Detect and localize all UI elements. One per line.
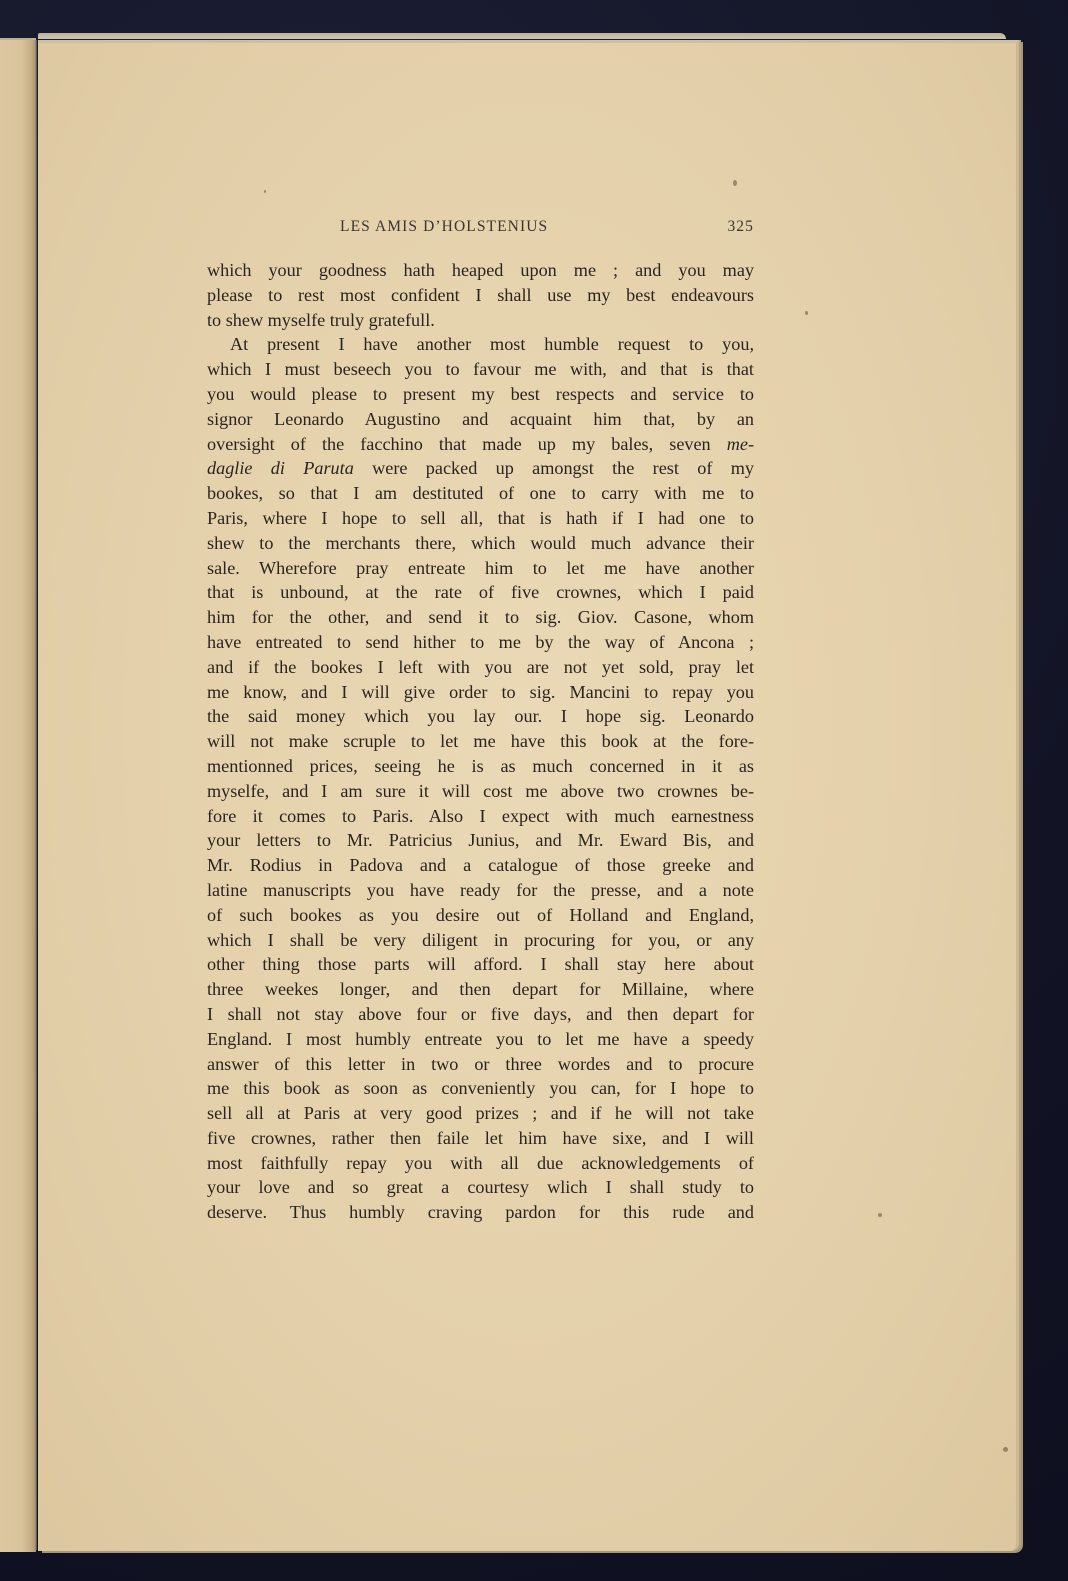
- text-line: mentionned prices, seeing he is as much …: [207, 754, 754, 779]
- text-line: fore it comes to Paris. Also I expect wi…: [207, 804, 754, 829]
- text-block: LES AMIS D’HOLSTENIUS 325 which your goo…: [207, 218, 754, 1250]
- paper-speck: [1003, 1447, 1008, 1452]
- text-line: myselfe, and I am sure it will cost me a…: [207, 779, 754, 804]
- text-line: answer of this letter in two or three wo…: [207, 1052, 754, 1077]
- text-line: your love and so great a courtesy wlich …: [207, 1175, 754, 1200]
- running-head-title: LES AMIS D’HOLSTENIUS: [340, 218, 548, 236]
- text-line: of such bookes as you desire out of Holl…: [207, 903, 754, 928]
- text-line: have entreated to send hither to me by t…: [207, 630, 754, 655]
- text-line: and if the bookes I left with you are no…: [207, 655, 754, 680]
- text-line: most faithfully repay you with all due a…: [207, 1151, 754, 1176]
- italic-phrase: daglie di Paruta: [207, 458, 354, 478]
- text-line: which your goodness hath heaped upon me …: [207, 258, 754, 283]
- text-line: [207, 1225, 754, 1250]
- text-line: shew to the merchants there, which would…: [207, 531, 754, 556]
- text-line: your letters to Mr. Patricius Junius, an…: [207, 828, 754, 853]
- text-line: At present I have another most humble re…: [207, 332, 754, 357]
- text-line: sell all at Paris at very good prizes ; …: [207, 1101, 754, 1126]
- text-line: that is unbound, at the rate of five cro…: [207, 580, 754, 605]
- text-line: deserve. Thus humbly craving pardon for …: [207, 1200, 754, 1225]
- paper-speck: [878, 1213, 882, 1217]
- text-line: him for the other, and send it to sig. G…: [207, 605, 754, 630]
- page-top-edge: [38, 33, 1006, 39]
- body-text: which your goodness hath heaped upon me …: [207, 258, 754, 1250]
- paper-speck: [805, 311, 808, 315]
- text-line: the said money which you lay our. I hope…: [207, 704, 754, 729]
- text-line: me this book as soon as conveniently you…: [207, 1076, 754, 1101]
- text-line: other thing those parts will afford. I s…: [207, 952, 754, 977]
- paper-speck: [733, 180, 737, 186]
- text-line-with-italic: daglie di Paruta were packed up amongst …: [207, 456, 754, 481]
- italic-phrase: me-: [727, 434, 754, 454]
- text-line: to shew myselfe truly gratefull.: [207, 308, 754, 333]
- text-line: which I shall be very diligent in procur…: [207, 928, 754, 953]
- text-line: bookes, so that I am destituted of one t…: [207, 481, 754, 506]
- paper-speck: [264, 190, 266, 193]
- text-line-with-italic: oversight of the facchino that made up m…: [207, 432, 754, 457]
- text-line: England. I most humbly entreate you to l…: [207, 1027, 754, 1052]
- text-line: three weekes longer, and then depart for…: [207, 977, 754, 1002]
- text-line: five crownes, rather then faile let him …: [207, 1126, 754, 1151]
- text-line: you would please to present my best resp…: [207, 382, 754, 407]
- text-line: which I must beseech you to favour me wi…: [207, 357, 754, 382]
- text-line: will not make scruple to let me have thi…: [207, 729, 754, 754]
- text-line: Paris, where I hope to sell all, that is…: [207, 506, 754, 531]
- running-head: LES AMIS D’HOLSTENIUS 325: [207, 218, 754, 240]
- text-line: signor Leonardo Augustino and acquaint h…: [207, 407, 754, 432]
- page-number: 325: [727, 218, 754, 236]
- text-line: me know, and I will give order to sig. M…: [207, 680, 754, 705]
- text-line: I shall not stay above four or five days…: [207, 1002, 754, 1027]
- text-line: Mr. Rodius in Padova and a catalogue of …: [207, 853, 754, 878]
- text-line: please to rest most confident I shall us…: [207, 283, 754, 308]
- facing-page-edge: [0, 38, 36, 1552]
- book-gutter: [35, 40, 37, 1550]
- text-line: latine manuscripts you have ready for th…: [207, 878, 754, 903]
- text-line: sale. Wherefore pray entreate him to let…: [207, 556, 754, 581]
